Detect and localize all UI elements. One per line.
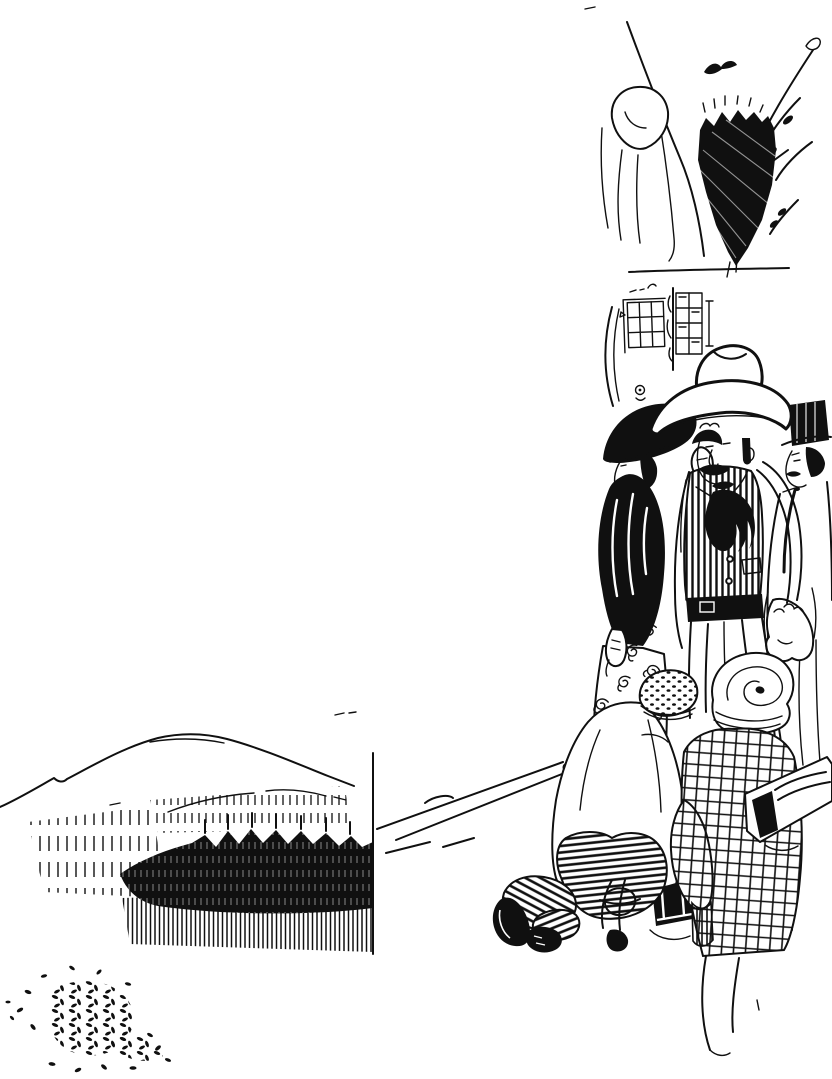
leaded-window-2 xyxy=(676,293,702,354)
belt xyxy=(686,594,764,622)
leaded-window xyxy=(623,298,667,352)
book-illustration xyxy=(0,0,832,1079)
flying-bird-silhouette xyxy=(704,61,737,74)
tree-vignette xyxy=(585,7,820,277)
foliage-mass xyxy=(698,96,776,277)
landscape-panel xyxy=(0,712,375,954)
plaid-jacket xyxy=(671,729,802,956)
tophat-face xyxy=(786,447,825,491)
ground-baseline xyxy=(629,268,789,272)
bare-legs xyxy=(702,956,759,1055)
illustration-page xyxy=(0,0,832,1079)
forest-mass xyxy=(118,813,375,952)
arched-doorway xyxy=(605,307,619,406)
ribbed-cuff xyxy=(692,903,713,946)
kneeling-boy xyxy=(671,653,832,1056)
window-bracket xyxy=(706,301,713,346)
woman-jacket xyxy=(598,474,665,646)
leaf-scatter xyxy=(5,965,171,1073)
clenched-hand xyxy=(766,599,813,661)
road-lines xyxy=(377,762,567,853)
